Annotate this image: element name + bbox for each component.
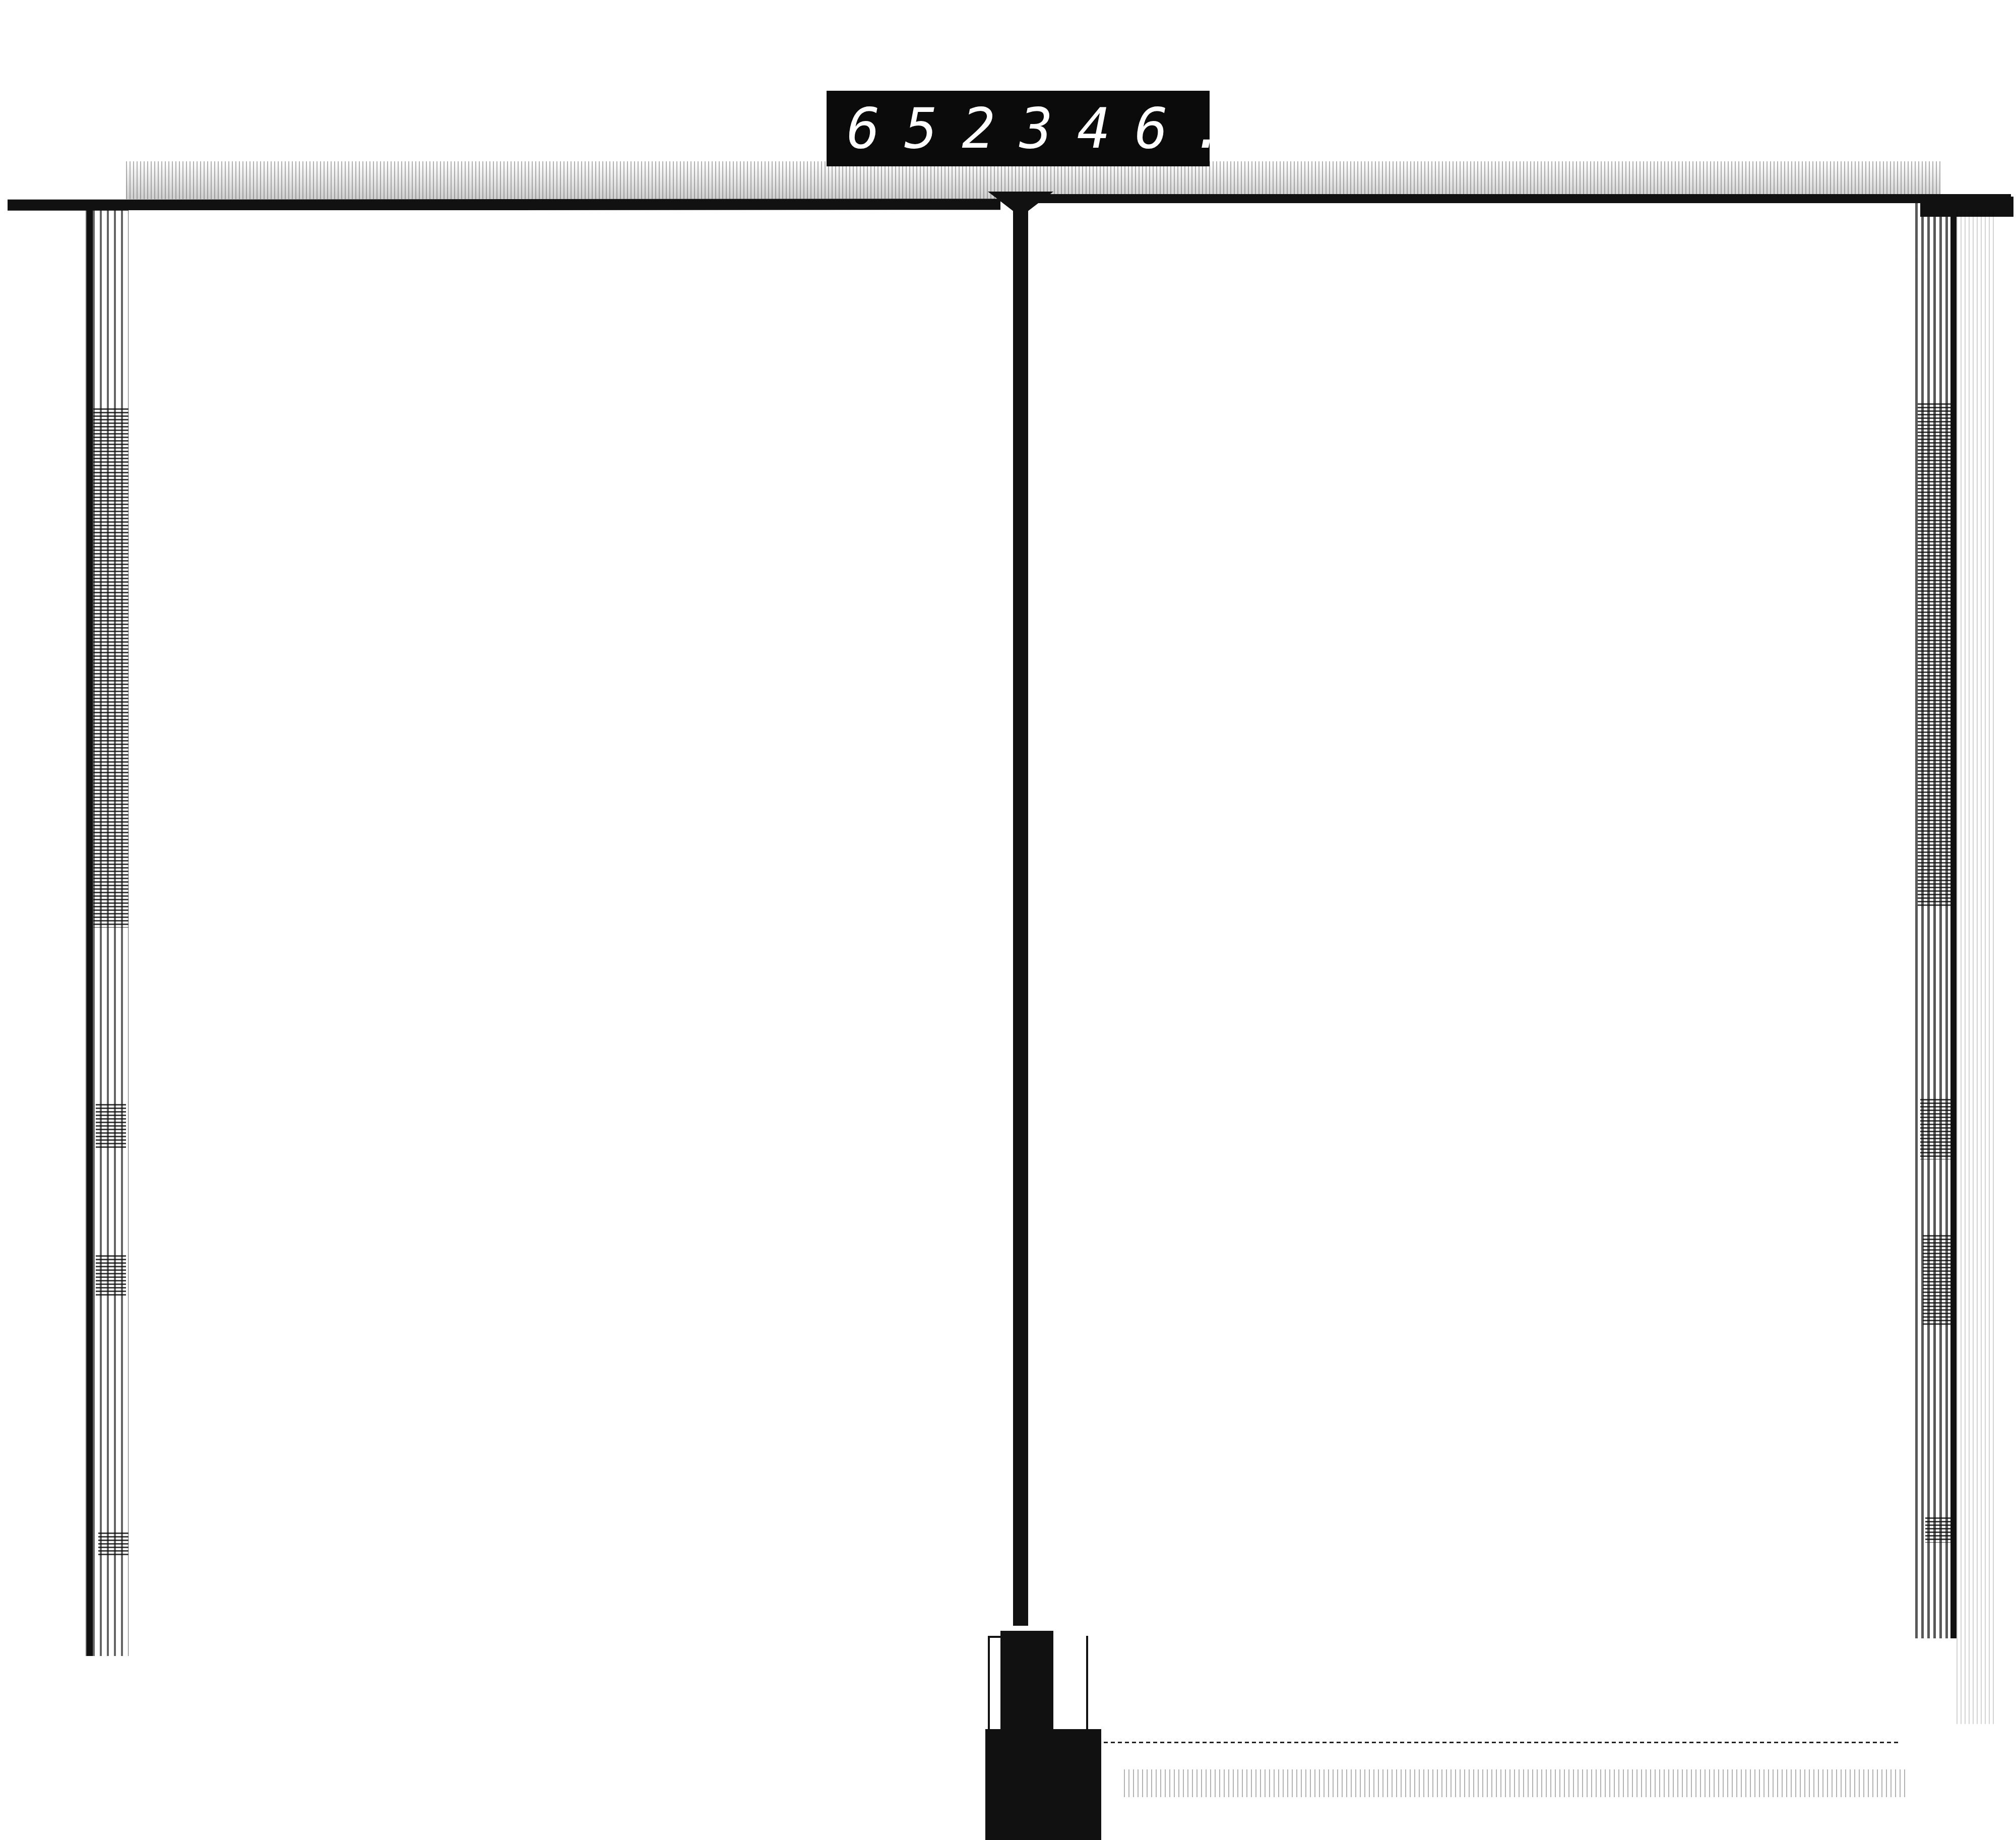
left-cover-edge xyxy=(87,204,93,1656)
book-top-edge-left xyxy=(8,199,1000,211)
spine-base-right-frame xyxy=(1058,1636,1088,1736)
spine-base-foot xyxy=(985,1729,1101,1840)
left-edge-shadow-band xyxy=(96,1255,126,1296)
book-top-edge-right xyxy=(1023,194,2011,203)
frame-counter-left: 652 xyxy=(847,96,1020,161)
left-edge-shadow-band xyxy=(93,408,129,928)
book-spine-gutter xyxy=(1013,199,1028,1626)
right-edge-shadow-band xyxy=(1925,1517,1956,1543)
right-edge-shadow-band xyxy=(1918,403,1956,907)
frame-counter: 652 346. xyxy=(827,91,1210,166)
right-edge-shadow-band xyxy=(1920,1099,1956,1159)
left-page xyxy=(129,210,1013,1637)
scan-noise-bottom xyxy=(1124,1769,1905,1797)
frame-counter-right: 346. xyxy=(1020,96,1250,161)
bottom-page-edge xyxy=(1104,1742,1900,1743)
left-edge-shadow-band xyxy=(96,1104,126,1149)
spine-base-block xyxy=(1000,1631,1053,1739)
right-page xyxy=(1028,203,1915,1630)
left-edge-shadow-band xyxy=(98,1532,129,1555)
right-edge-shading xyxy=(1957,212,1997,1724)
right-edge-shadow-band xyxy=(1923,1235,1956,1326)
